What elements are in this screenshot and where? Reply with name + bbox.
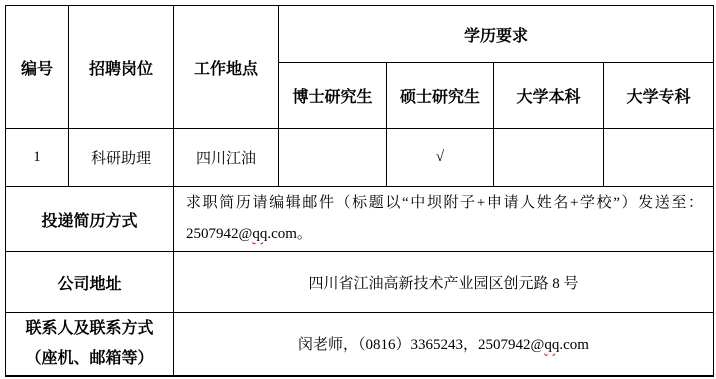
label-company-address: 公司地址 [6,252,174,313]
contact-suffix: .com [559,337,589,353]
header-doctoral: 博士研究生 [279,63,387,129]
recruitment-table: 编号 招聘岗位 工作地点 学历要求 博士研究生 硕士研究生 大学本科 大学专科 … [5,5,714,377]
email-suffix: .com。 [267,226,312,242]
contact-info-row: 联系人及联系方式 （座机、邮箱等） 闵老师，（0816）3365243，2507… [6,313,714,376]
contact-label-line1: 联系人及联系方式 [9,314,170,344]
job-row: 1 科研助理 四川江油 √ [6,129,714,187]
email-domain-spellcheck-squiggle: qq [252,226,267,242]
label-resume-delivery: 投递简历方式 [6,187,174,252]
header-master: 硕士研究生 [387,63,494,129]
header-serial-number: 编号 [6,6,69,129]
header-education-requirement: 学历要求 [279,6,714,63]
cell-job-position: 科研助理 [69,129,174,187]
contact-label-line2: （座机、邮箱等） [9,344,170,374]
header-work-location: 工作地点 [174,6,279,129]
contact-info-value: 闵老师，（0816）3365243，2507942@qq.com [174,313,714,376]
header-bachelor: 大学本科 [494,63,604,129]
company-address-row: 公司地址 四川省江油高新技术产业园区创元路 8 号 [6,252,714,313]
contact-email-domain-spellcheck-squiggle: qq [544,337,559,353]
resume-delivery-instructions: 求职简历请编辑邮件（标题以“中坝附子+申请人姓名+学校”）发送至： 250794… [174,187,714,252]
cell-master-checkmark: √ [387,129,494,187]
company-address-value: 四川省江油高新技术产业园区创元路 8 号 [174,252,714,313]
contact-prefix: 闵老师，（0816）3365243，2507942@ [298,337,544,353]
resume-delivery-line1: 求职简历请编辑邮件（标题以“中坝附子+申请人姓名+学校”）发送至： [186,188,703,219]
header-associate: 大学专科 [604,63,714,129]
resume-delivery-row: 投递简历方式 求职简历请编辑邮件（标题以“中坝附子+申请人姓名+学校”）发送至：… [6,187,714,252]
cell-bachelor-mark [494,129,604,187]
email-prefix: 2507942@ [186,226,252,242]
resume-delivery-email: 2507942@qq.com。 [186,219,703,250]
cell-serial-number: 1 [6,129,69,187]
cell-doctoral-mark [279,129,387,187]
header-job-position: 招聘岗位 [69,6,174,129]
cell-work-location: 四川江油 [174,129,279,187]
header-row-top: 编号 招聘岗位 工作地点 学历要求 [6,6,714,63]
label-contact-info: 联系人及联系方式 （座机、邮箱等） [6,313,174,376]
cell-associate-mark [604,129,714,187]
